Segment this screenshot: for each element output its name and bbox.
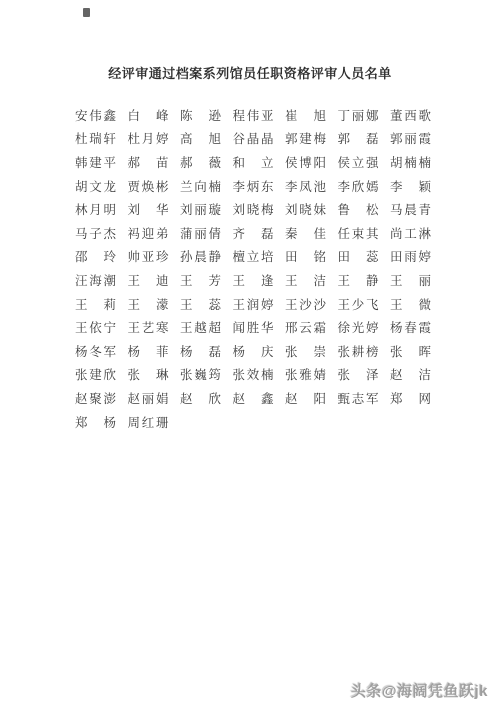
person-name: 杜月婷 bbox=[128, 127, 169, 151]
name-list: 安伟鑫白峰陈逊程伟亚崔旭丁丽娜董西歌杜瑞轩杜月婷高旭谷晶晶郭建梅郭磊郭丽霞韩建平… bbox=[75, 103, 431, 433]
person-name: 徐光婷 bbox=[338, 315, 379, 339]
document-title: 经评审通过档案系列馆员任职资格评审人员名单 bbox=[0, 63, 500, 82]
person-name: 郝苗 bbox=[128, 150, 169, 174]
person-name: 张耕榜 bbox=[338, 339, 379, 363]
person-name: 马子杰 bbox=[75, 221, 116, 245]
person-name: 帅亚珍 bbox=[128, 245, 169, 269]
person-name: 齐磊 bbox=[233, 221, 274, 245]
person-name: 王蕊 bbox=[180, 292, 221, 316]
person-name: 赵欣 bbox=[180, 386, 221, 410]
person-name: 张效楠 bbox=[233, 363, 274, 387]
person-name: 董西歌 bbox=[390, 103, 431, 127]
person-name: 李炳东 bbox=[233, 174, 274, 198]
person-name: 杨春霞 bbox=[390, 315, 431, 339]
person-name: 王润婷 bbox=[233, 292, 274, 316]
person-name: 王濛 bbox=[128, 292, 169, 316]
person-name: 赵洁 bbox=[390, 363, 431, 387]
person-name: 谷晶晶 bbox=[233, 127, 274, 151]
person-name: 赵丽娟 bbox=[128, 386, 169, 410]
person-name: 尚工淋 bbox=[390, 221, 431, 245]
person-name: 王沙沙 bbox=[285, 292, 326, 316]
person-name: 王逢 bbox=[233, 268, 274, 292]
person-name: 郭磊 bbox=[338, 127, 379, 151]
person-name: 邵玲 bbox=[75, 245, 116, 269]
person-name: 檀立培 bbox=[233, 245, 274, 269]
person-name: 杨菲 bbox=[128, 339, 169, 363]
person-name: 王洁 bbox=[285, 268, 326, 292]
person-name: 白峰 bbox=[128, 103, 169, 127]
person-name: 张琳 bbox=[128, 363, 169, 387]
person-name: 甄志军 bbox=[338, 386, 379, 410]
person-name: 赵聚澎 bbox=[75, 386, 116, 410]
person-name: 田雨婷 bbox=[390, 245, 431, 269]
person-name: 张建欣 bbox=[75, 363, 116, 387]
person-name: 王静 bbox=[338, 268, 379, 292]
person-name: 赵鑫 bbox=[233, 386, 274, 410]
person-name: 张雅婧 bbox=[285, 363, 326, 387]
person-name: 李凤池 bbox=[285, 174, 326, 198]
person-name: 侯博阳 bbox=[285, 150, 326, 174]
person-name: 高旭 bbox=[180, 127, 221, 151]
document-page: 经评审通过档案系列馆员任职资格评审人员名单 安伟鑫白峰陈逊程伟亚崔旭丁丽娜董西歌… bbox=[0, 0, 500, 707]
person-name: 刘丽璇 bbox=[180, 197, 221, 221]
person-name: 汪海潮 bbox=[75, 268, 116, 292]
person-name: 邢云霜 bbox=[285, 315, 326, 339]
person-name: 杨磊 bbox=[180, 339, 221, 363]
person-name: 田蕊 bbox=[338, 245, 379, 269]
person-name: 马晨青 bbox=[390, 197, 431, 221]
person-name: 闻胜华 bbox=[233, 315, 274, 339]
person-name: 赵阳 bbox=[285, 386, 326, 410]
person-name: 郑网 bbox=[390, 386, 431, 410]
person-name: 郝薇 bbox=[180, 150, 221, 174]
person-name: 程伟亚 bbox=[233, 103, 274, 127]
person-name: 丁丽娜 bbox=[338, 103, 379, 127]
person-name: 张崇 bbox=[285, 339, 326, 363]
person-name: 杨庆 bbox=[233, 339, 274, 363]
person-name: 王越超 bbox=[180, 315, 221, 339]
person-name: 田铭 bbox=[285, 245, 326, 269]
person-name: 林月明 bbox=[75, 197, 116, 221]
person-name: 秦佳 bbox=[285, 221, 326, 245]
person-name: 贾焕彬 bbox=[128, 174, 169, 198]
person-name: 兰向楠 bbox=[180, 174, 221, 198]
scan-artifact-mark bbox=[83, 8, 90, 17]
person-name: 张晖 bbox=[390, 339, 431, 363]
person-name: 郑杨 bbox=[75, 410, 116, 434]
person-name: 王迪 bbox=[128, 268, 169, 292]
person-name: 张巍筠 bbox=[180, 363, 221, 387]
person-name: 安伟鑫 bbox=[75, 103, 116, 127]
person-name: 侯立强 bbox=[338, 150, 379, 174]
person-name: 杜瑞轩 bbox=[75, 127, 116, 151]
person-name: 王芳 bbox=[180, 268, 221, 292]
person-name: 李欣嫣 bbox=[338, 174, 379, 198]
person-name: 郭丽霞 bbox=[390, 127, 431, 151]
person-name: 刘晓妹 bbox=[285, 197, 326, 221]
person-name: 祃迎弟 bbox=[128, 221, 169, 245]
person-name: 王少飞 bbox=[338, 292, 379, 316]
person-name: 周红珊 bbox=[128, 410, 169, 434]
person-name: 胡文龙 bbox=[75, 174, 116, 198]
person-name: 刘晓梅 bbox=[233, 197, 274, 221]
person-name: 崔旭 bbox=[285, 103, 326, 127]
person-name: 王丽 bbox=[390, 268, 431, 292]
person-name: 李颖 bbox=[390, 174, 431, 198]
person-name: 王微 bbox=[390, 292, 431, 316]
person-name: 孙晨静 bbox=[180, 245, 221, 269]
person-name: 韩建平 bbox=[75, 150, 116, 174]
person-name: 王依宁 bbox=[75, 315, 116, 339]
person-name: 鲁松 bbox=[338, 197, 379, 221]
person-name: 和立 bbox=[233, 150, 274, 174]
person-name: 张泽 bbox=[338, 363, 379, 387]
person-name: 王艺寒 bbox=[128, 315, 169, 339]
person-name: 陈逊 bbox=[180, 103, 221, 127]
person-name: 蒲丽倩 bbox=[180, 221, 221, 245]
person-name: 刘华 bbox=[128, 197, 169, 221]
person-name: 胡楠楠 bbox=[390, 150, 431, 174]
person-name: 王莉 bbox=[75, 292, 116, 316]
person-name: 杨冬军 bbox=[75, 339, 116, 363]
person-name: 郭建梅 bbox=[285, 127, 326, 151]
toutiao-watermark: 头条@海阔凭鱼跃jk bbox=[351, 680, 488, 701]
person-name: 任束其 bbox=[338, 221, 379, 245]
